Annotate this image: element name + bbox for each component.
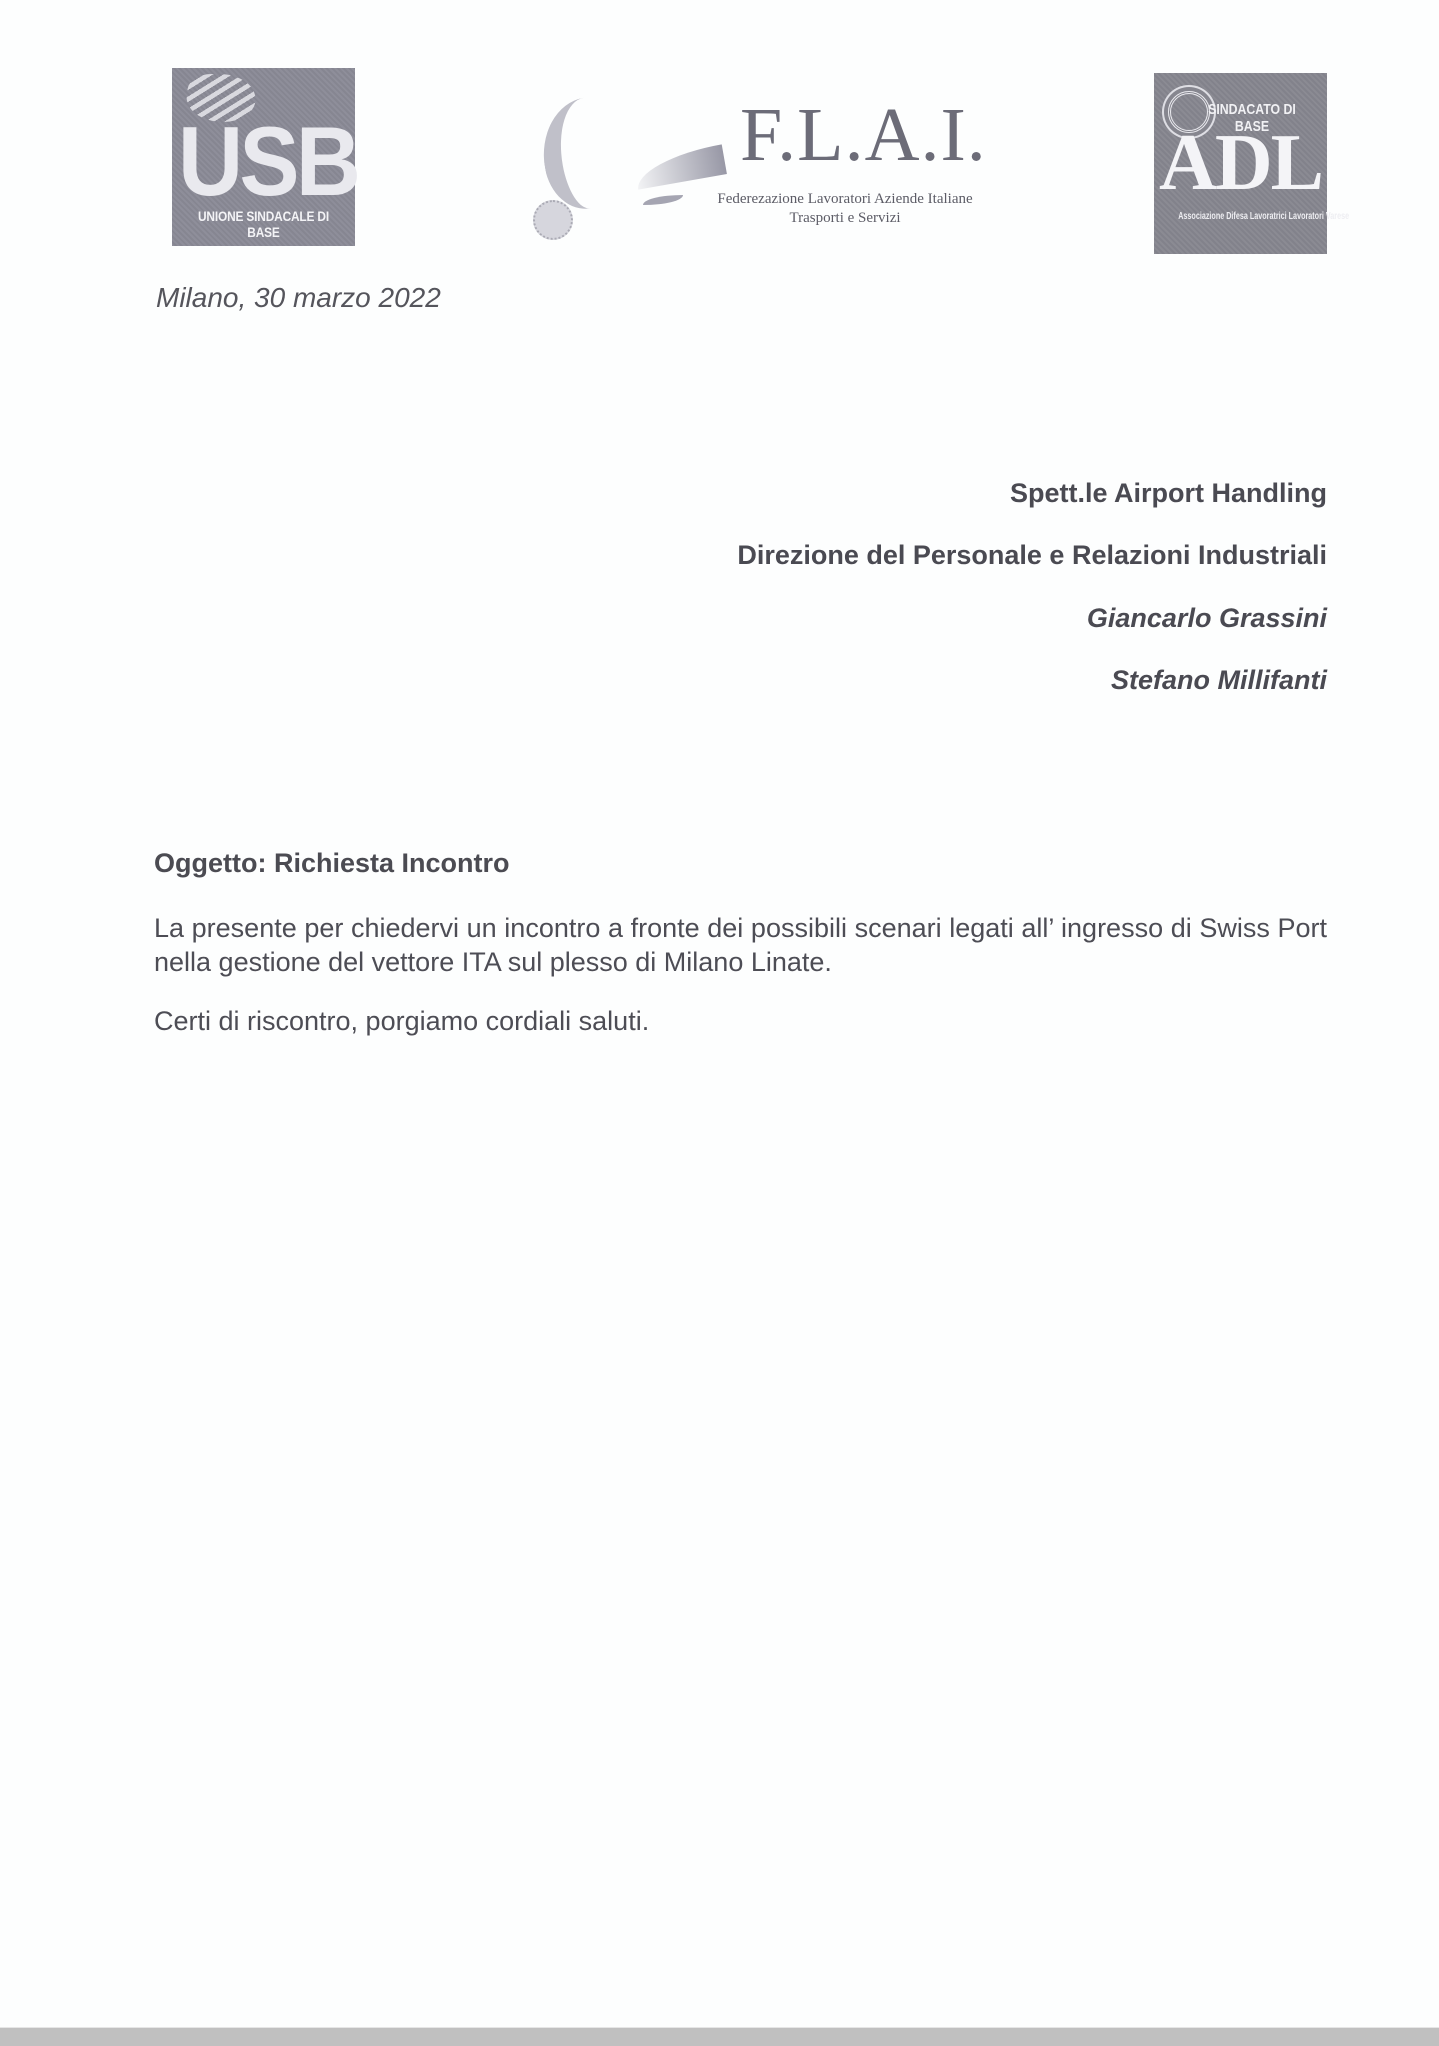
- usb-logo: USB UNIONE SINDACALE DI BASE: [172, 68, 355, 246]
- letter-subject: Oggetto: Richiesta Incontro: [154, 848, 510, 879]
- usb-logo-name: USB: [178, 112, 336, 210]
- recipient-company: Spett.le Airport Handling: [1010, 478, 1327, 509]
- usb-logo-subtitle: UNIONE SINDACALE DI BASE: [186, 208, 342, 240]
- scan-bottom-edge: [0, 2027, 1439, 2046]
- flai-logo-name: F.L.A.I.: [740, 92, 987, 178]
- flai-wing-icon: [534, 91, 640, 215]
- recipient-department: Direzione del Personale e Relazioni Indu…: [737, 540, 1327, 571]
- recipient-person-1: Giancarlo Grassini: [1087, 603, 1327, 634]
- letter-body: La presente per chiedervi un incontro a …: [154, 911, 1327, 979]
- adl-logo-subtitle: Associazione Difesa Lavoratrici Lavorato…: [1178, 211, 1303, 222]
- flai-wing-icon: [643, 195, 683, 205]
- adl-logo-name: ADL: [1154, 121, 1327, 205]
- recipient-person-2: Stefano Millifanti: [1111, 665, 1327, 696]
- adl-logo: SINDACATO DI BASE ADL Associazione Difes…: [1154, 73, 1327, 254]
- place-date: Milano, 30 marzo 2022: [156, 282, 441, 314]
- flai-logo-subtitle: Federezazione Lavoratori Aziende Italian…: [715, 190, 975, 228]
- flai-subtitle-line2: Trasporti e Servizi: [715, 209, 975, 228]
- flai-logo: F.L.A.I. Federezazione Lavoratori Aziend…: [525, 90, 975, 240]
- flai-wing-icon: [633, 144, 727, 189]
- letter-closing: Certi di riscontro, porgiamo cordiali sa…: [154, 1006, 649, 1037]
- flai-subtitle-line1: Federezazione Lavoratori Aziende Italian…: [715, 190, 975, 209]
- airplane-icon: [533, 200, 573, 240]
